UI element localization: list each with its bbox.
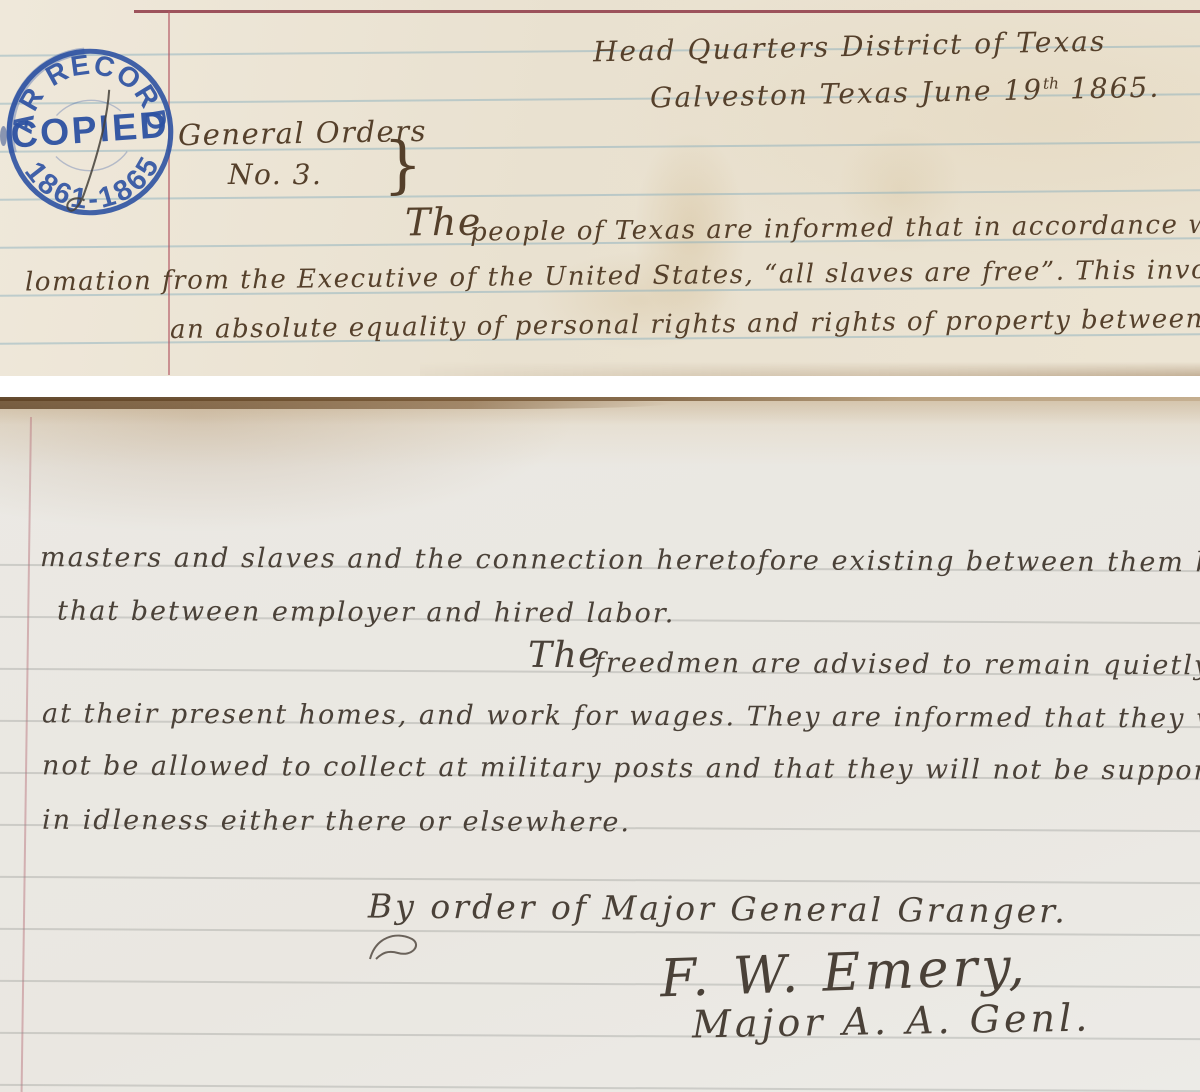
war-records-stamp: WAR RECORDS COPIED 1861-1865 [0, 41, 181, 222]
paragraph2-line1: masters and slaves and the connection he… [40, 542, 1200, 579]
red-margin-line-horizontal [134, 10, 1200, 13]
paragraph2-line3: freedmen are advised to remain quietly [594, 648, 1200, 682]
paragraph2-line4: at their present homes, and work for wag… [42, 698, 1200, 734]
heading-line2-superscript: th [1043, 74, 1059, 92]
paragraph2-line5: not be allowed to collect at military po… [42, 750, 1200, 786]
photo-top: WAR RECORDS COPIED 1861-1865 Head Quarte… [0, 0, 1200, 376]
heading-line2-pre: Galveston Texas June 19 [650, 73, 1044, 114]
paragraph1-line2: lomation from the Executive of the Unite… [25, 255, 1200, 298]
stamp-arc-bottom-text: 1861-1865 [17, 147, 170, 220]
photo-bottom: masters and slaves and the connection he… [0, 397, 1200, 1092]
heading-line2: Galveston Texas June 19th 1865. [650, 71, 1161, 115]
paragraph1-line1: people of Texas are informed that in acc… [470, 208, 1200, 247]
heading-line2-post: 1865. [1059, 71, 1161, 106]
order-number: No. 3. [228, 158, 322, 191]
margin-line [21, 417, 32, 1092]
paragraph2-line2: that between employer and hired labor. [57, 596, 675, 630]
paragraph1-line3: an absolute equality of personal rights … [170, 303, 1200, 345]
ruled-line [0, 1084, 1200, 1092]
order-brace: } [383, 128, 422, 201]
paragraph2-line6: in idleness either there or elsewhere. [42, 805, 631, 839]
photo-gap [0, 376, 1200, 397]
pen-flourish [362, 925, 432, 965]
ruled-line [0, 189, 1200, 200]
heading-line1: Head Quarters District of Texas [593, 25, 1107, 69]
signer-title: Major A. A. Genl. [692, 996, 1092, 1047]
manuscript-page: WAR RECORDS COPIED 1861-1865 Head Quarte… [0, 0, 1200, 1092]
closing-by-order: By order of Major General Granger. [368, 887, 1068, 931]
paragraph2-lead: The [528, 635, 601, 676]
ruled-line [0, 876, 1200, 884]
page-edge-shadow [0, 397, 1200, 425]
